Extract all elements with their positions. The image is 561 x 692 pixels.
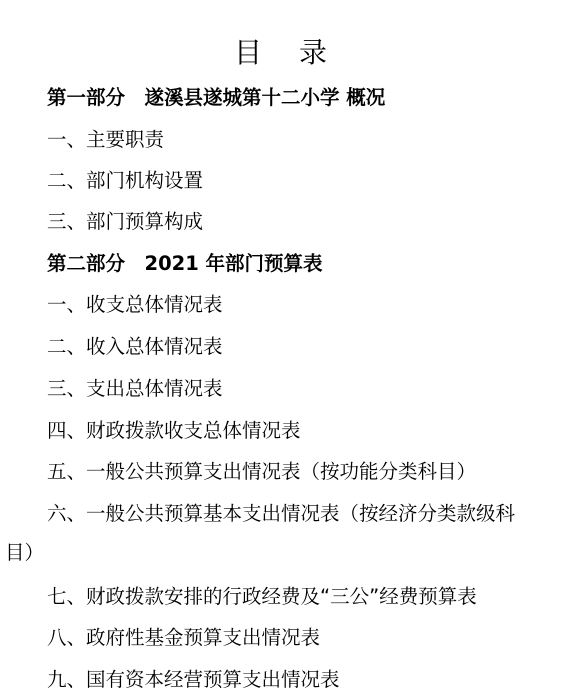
toc-item-general-budget-basic-by-economic[interactable]: 六、一般公共预算基本支出情况表（按经济分类款级科 (47, 500, 515, 528)
toc-item-budget-composition[interactable]: 三、部门预算构成 (47, 208, 203, 236)
toc-item-income-overview[interactable]: 二、收入总体情况表 (47, 333, 223, 361)
part-2-heading[interactable]: 第二部分 2021 年部门预算表 (47, 250, 323, 278)
part-1-heading[interactable]: 第一部分 遂溪县遂城第十二小学 概况 (47, 84, 385, 112)
toc-item-main-duties[interactable]: 一、主要职责 (47, 126, 164, 154)
toc-item-income-expenditure-overview[interactable]: 一、收支总体情况表 (47, 291, 223, 319)
toc-item-government-fund-budget[interactable]: 八、政府性基金预算支出情况表 (47, 624, 320, 652)
toc-item-admin-and-three-public-expenses[interactable]: 七、财政拨款安排的行政经费及“三公”经费预算表 (47, 583, 477, 611)
toc-item-general-budget-basic-by-economic-continued[interactable]: 目） (5, 539, 44, 567)
toc-item-fiscal-appropriation-overview[interactable]: 四、财政拨款收支总体情况表 (47, 417, 301, 445)
toc-item-general-budget-by-function[interactable]: 五、一般公共预算支出情况表（按功能分类科目） (47, 458, 476, 486)
toc-item-state-capital-budget[interactable]: 九、国有资本经营预算支出情况表 (47, 666, 340, 692)
toc-item-org-structure[interactable]: 二、部门机构设置 (47, 167, 203, 195)
toc-title: 目 录 (0, 35, 561, 71)
toc-item-expenditure-overview[interactable]: 三、支出总体情况表 (47, 375, 223, 403)
